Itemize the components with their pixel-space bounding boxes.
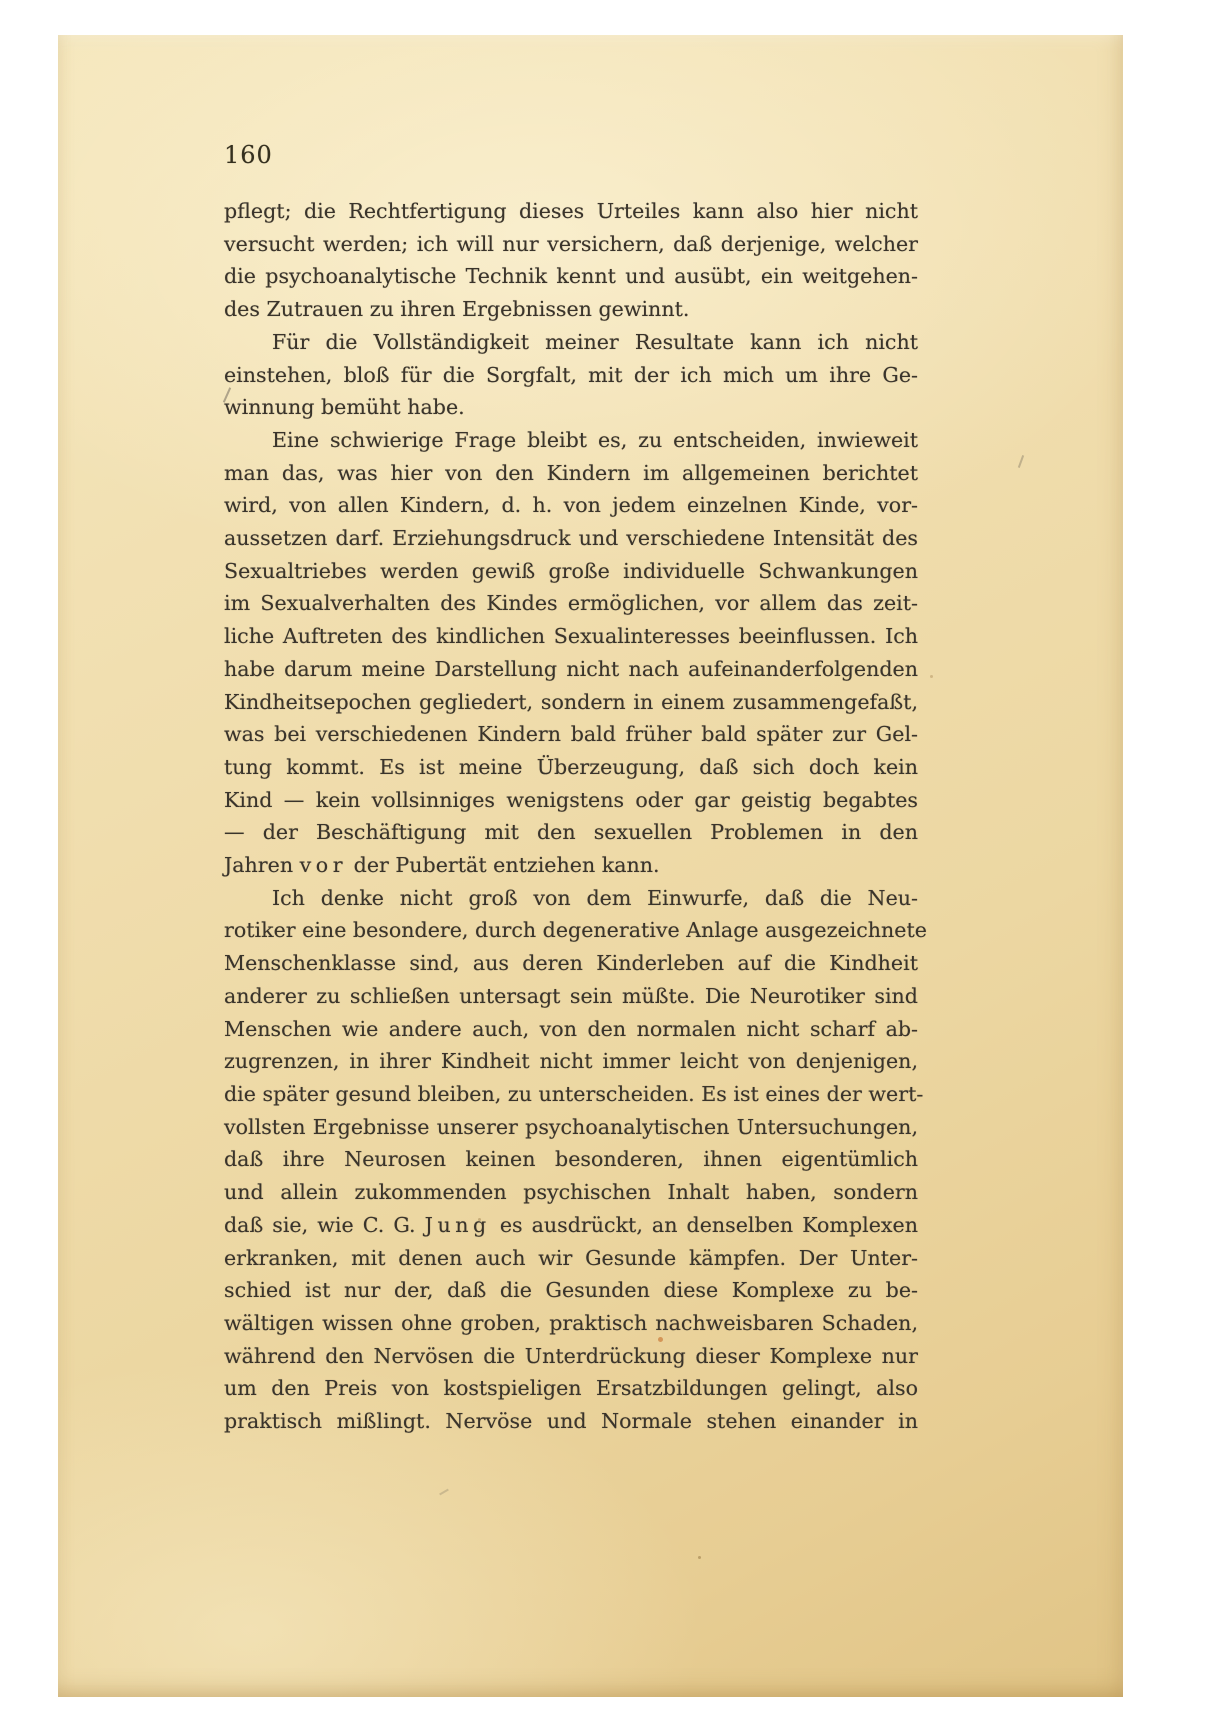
text-line: die später gesund bleiben, zu unterschei…: [224, 1078, 918, 1111]
scan-stage: 160 pflegt; die Rechtfertigung dieses Ur…: [0, 0, 1206, 1731]
text-line: um den Preis von kostspieligen Ersatzbil…: [224, 1372, 918, 1405]
text-line: versucht werden; ich will nur versichern…: [224, 228, 918, 261]
text-line: wird, von allen Kindern, d. h. von jedem…: [224, 489, 918, 522]
text-line: einstehen, bloß für die Sorgfalt, mit de…: [224, 359, 918, 392]
letterspaced-word: vor: [300, 853, 347, 877]
text-line: im Sexualverhalten des Kindes ermögliche…: [224, 587, 918, 620]
text-line: was bei verschiedenen Kindern bald frühe…: [224, 718, 918, 751]
text-line: pflegt; die Rechtfertigung dieses Urteil…: [224, 195, 918, 228]
text-line: liche Auftreten des kindlichen Sexualint…: [224, 620, 918, 653]
text-line: wältigen wissen ohne groben, praktisch n…: [224, 1307, 918, 1340]
paper-speck: [930, 675, 933, 678]
text-line: daß sie, wie C. G. Jung es ausdrückt, an…: [224, 1209, 918, 1242]
text-line: des Zutrauen zu ihren Ergebnissen gewinn…: [224, 293, 918, 326]
text-line: vollsten Ergebnisse unserer psychoanalyt…: [224, 1111, 918, 1144]
body-text-block: pflegt; die Rechtfertigung dieses Urteil…: [224, 195, 918, 1438]
paper-speck: [698, 1556, 701, 1559]
text-line: Ich denke nicht groß von dem Einwurfe, d…: [224, 882, 918, 915]
text-line: rotiker eine besondere, durch degenerati…: [224, 914, 918, 947]
text-line: aussetzen darf. Erziehungsdruck und vers…: [224, 522, 918, 555]
text-line: tung kommt. Es ist meine Überzeugung, da…: [224, 751, 918, 784]
text-line: man das, was hier von den Kindern im all…: [224, 457, 918, 490]
text-line: erkranken, mit denen auch wir Gesunde kä…: [224, 1242, 918, 1275]
text-line: Sexualtriebes werden gewiß große individ…: [224, 555, 918, 588]
text-line: während den Nervösen die Unterdrückung d…: [224, 1340, 918, 1373]
text-line: anderer zu schließen untersagt sein müßt…: [224, 980, 918, 1013]
text-line: Für die Vollständigkeit meiner Resultate…: [224, 326, 918, 359]
text-line: — der Beschäftigung mit den sexuellen Pr…: [224, 816, 918, 849]
text-line: winnung bemüht habe.: [224, 391, 918, 424]
scanned-book-page: 160 pflegt; die Rechtfertigung dieses Ur…: [58, 35, 1123, 1697]
text-line: praktisch mißlingt. Nervöse und Normale …: [224, 1405, 918, 1438]
text-line: Eine schwierige Frage bleibt es, zu ents…: [224, 424, 918, 457]
text-line: und allein zukommenden psychischen Inhal…: [224, 1176, 918, 1209]
pencil-mark: [1018, 455, 1024, 468]
text-line: Menschenklasse sind, aus deren Kinderleb…: [224, 947, 918, 980]
text-line: daß ihre Neurosen keinen besonderen, ihn…: [224, 1143, 918, 1176]
text-line: Menschen wie andere auch, von den normal…: [224, 1013, 918, 1046]
text-line: Jahren vor der Pubertät entziehen kann.: [224, 849, 918, 882]
letterspaced-word: Jung: [425, 1213, 491, 1237]
text-line: zugrenzen, in ihrer Kindheit nicht immer…: [224, 1045, 918, 1078]
text-line: habe darum meine Darstellung nicht nach …: [224, 653, 918, 686]
text-line: Kind — kein vollsinniges wenigstens oder…: [224, 784, 918, 817]
text-line: die psychoanalytische Technik kennt und …: [224, 260, 918, 293]
text-line: Kindheitsepochen gegliedert, sondern in …: [224, 686, 918, 719]
page-number: 160: [224, 141, 273, 169]
text-line: schied ist nur der, daß die Gesunden die…: [224, 1274, 918, 1307]
pencil-mark: [439, 1489, 449, 1496]
